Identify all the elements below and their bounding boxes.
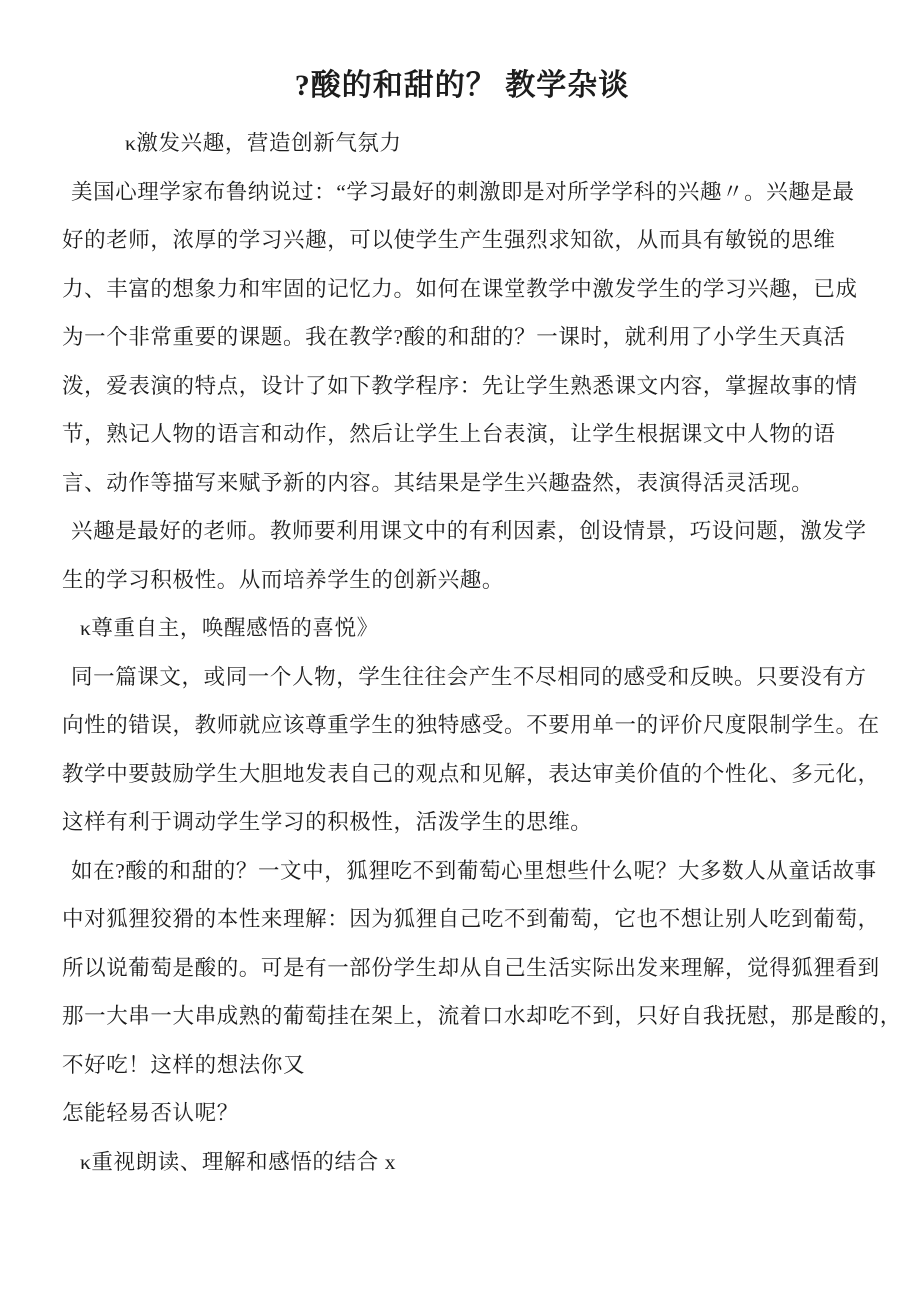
text-line: 节，熟记人物的语言和动作，然后让学生上台表演，让学生根据课文中人物的语 xyxy=(62,410,862,459)
section-heading: κ激发兴趣，营造创新气氛力 xyxy=(62,119,862,168)
text-line: 兴趣是最好的老师。教师要利用课文中的有利因素，创设情景，巧设问题，激发学 xyxy=(62,507,862,556)
document-page: ?酸的和甜的？ 教学杂谈 κ激发兴趣，营造创新气氛力美国心理学家布鲁纳说过：“学… xyxy=(0,0,920,1301)
text-line: 美国心理学家布鲁纳说过：“学习最好的刺激即是对所学学科的兴趣〃。兴趣是最 xyxy=(62,168,862,217)
text-line: 言、动作等描写来赋予新的内容。其结果是学生兴趣盎然，表演得活灵活现。 xyxy=(62,459,862,508)
text-line: 泼，爱表演的特点，设计了如下教学程序：先让学生熟悉课文内容，掌握故事的情 xyxy=(62,362,862,411)
text-line: 怎能轻易否认呢？ xyxy=(62,1089,862,1138)
document-title: ?酸的和甜的？ 教学杂谈 xyxy=(62,66,862,119)
section-heading: κ尊重自主，唤醒感悟的喜悦》 xyxy=(62,604,862,653)
text-line: 生的学习积极性。从而培养学生的创新兴趣。 xyxy=(62,556,862,605)
text-line: 同一篇课文，或同一个人物，学生往往会产生不尽相同的感受和反映。只要没有方 xyxy=(62,653,862,702)
text-line: 中对狐狸狡猾的本性来理解：因为狐狸自己吃不到葡萄，它也不想让别人吃到葡萄， xyxy=(62,895,862,944)
document-content: ?酸的和甜的？ 教学杂谈 κ激发兴趣，营造创新气氛力美国心理学家布鲁纳说过：“学… xyxy=(0,0,920,1186)
text-line: 力、丰富的想象力和牢固的记忆力。如何在课堂教学中激发学生的学习兴趣，已成 xyxy=(62,265,862,314)
text-line: 为一个非常重要的课题。我在教学?酸的和甜的？一课时，就利用了小学生天真活 xyxy=(62,313,862,362)
text-line: 那一大串一大串成熟的葡萄挂在架上，流着口水却吃不到，只好自我抚慰，那是酸的， xyxy=(62,992,862,1041)
text-line: 这样有利于调动学生学习的积极性，活泼学生的思维。 xyxy=(62,798,862,847)
text-line: 教学中要鼓励学生大胆地发表自己的观点和见解，表达审美价值的个性化、多元化， xyxy=(62,750,862,799)
text-line: 好的老师，浓厚的学习兴趣，可以使学生产生强烈求知欲，从而具有敏锐的思维 xyxy=(62,216,862,265)
text-line: 所以说葡萄是酸的。可是有一部份学生却从自己生活实际出发来理解，觉得狐狸看到 xyxy=(62,944,862,993)
document-body: κ激发兴趣，营造创新气氛力美国心理学家布鲁纳说过：“学习最好的刺激即是对所学学科… xyxy=(62,119,862,1186)
text-line: 不好吃！这样的想法你又 xyxy=(62,1041,862,1090)
text-line: 如在?酸的和甜的？一文中，狐狸吃不到葡萄心里想些什么呢？大多数人从童话故事 xyxy=(62,847,862,896)
section-heading: κ重视朗读、理解和感悟的结合 x xyxy=(62,1138,862,1187)
text-line: 向性的错误，教师就应该尊重学生的独特感受。不要用单一的评价尺度限制学生。在 xyxy=(62,701,862,750)
